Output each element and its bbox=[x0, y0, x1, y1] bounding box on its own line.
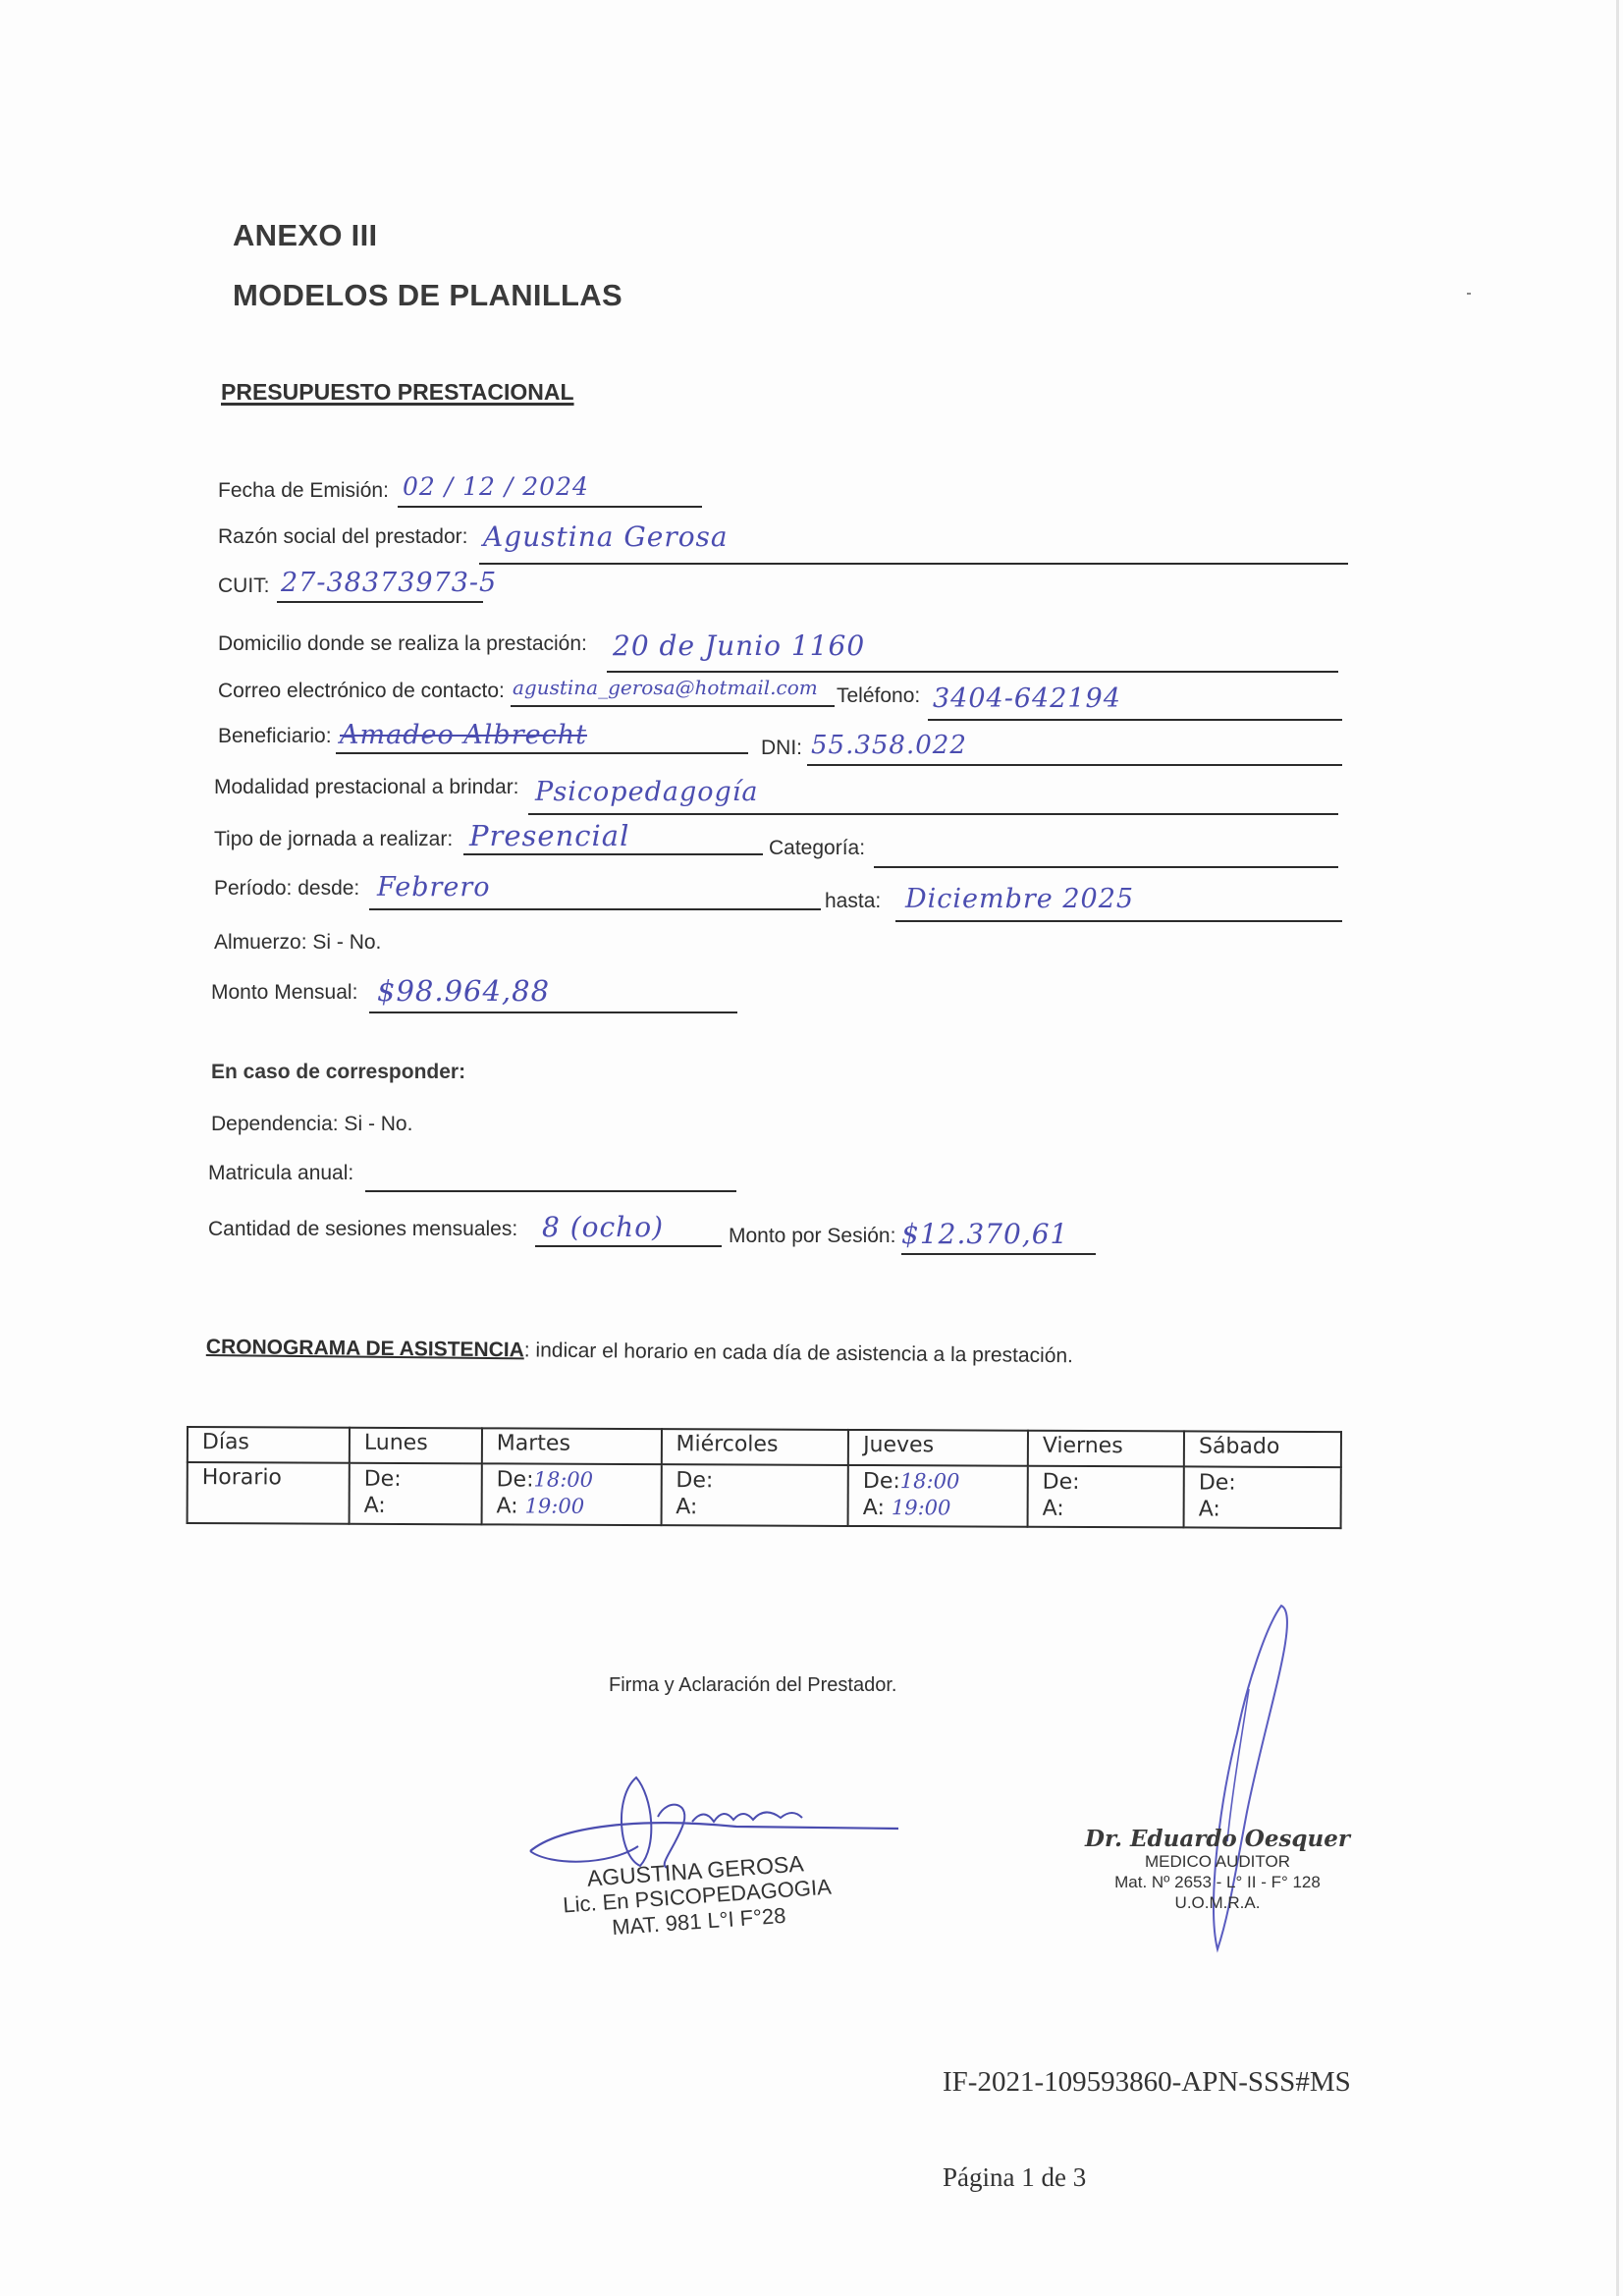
day-martes: Martes bbox=[482, 1428, 662, 1464]
section-title: PRESUPUESTO PRESTACIONAL bbox=[221, 379, 574, 406]
schedule-header-row: Días Lunes Martes Miércoles Jueves Viern… bbox=[188, 1427, 1341, 1467]
scan-speck bbox=[1467, 293, 1471, 295]
de-label: De: bbox=[364, 1467, 402, 1492]
auditor-name: Dr. Eduardo Oesquer bbox=[1070, 1827, 1365, 1852]
auditor-signature-icon bbox=[1188, 1596, 1306, 1969]
day-miercoles: Miércoles bbox=[661, 1429, 848, 1465]
a-value[interactable]: 19:00 bbox=[525, 1495, 585, 1518]
schedule-instruction: : indicar el horario en cada día de asis… bbox=[524, 1339, 1073, 1367]
a-label: A: bbox=[1043, 1497, 1064, 1521]
label-razon-social: Razón social del prestador: bbox=[218, 525, 467, 549]
value-tipo-jornada[interactable]: Presencial bbox=[469, 819, 629, 852]
label-fecha: Fecha de Emisión: bbox=[218, 479, 389, 503]
de-label: De: bbox=[676, 1468, 713, 1493]
de-label: De: bbox=[497, 1467, 534, 1492]
value-monto-sesion[interactable]: $12.370,61 bbox=[901, 1218, 1068, 1250]
schedule-time-row: Horario De:A: De:18:00A: 19:00 De:A: De:… bbox=[188, 1462, 1341, 1528]
time-cell-martes[interactable]: De:18:00A: 19:00 bbox=[481, 1463, 661, 1525]
de-value[interactable]: 18:00 bbox=[900, 1469, 960, 1493]
label-telefono: Teléfono: bbox=[837, 684, 920, 708]
auditor-stamp: Dr. Eduardo Oesquer MEDICO AUDITOR Mat. … bbox=[1070, 1827, 1365, 1913]
time-cell-sabado[interactable]: De:A: bbox=[1184, 1466, 1341, 1528]
time-cell-viernes[interactable]: De:A: bbox=[1028, 1466, 1184, 1528]
de-label: De: bbox=[863, 1469, 900, 1494]
a-label: A: bbox=[364, 1494, 386, 1518]
label-periodo-hasta: hasta: bbox=[825, 890, 881, 913]
time-cell-miercoles[interactable]: De:A: bbox=[661, 1464, 848, 1526]
label-monto-sesion: Monto por Sesión: bbox=[729, 1225, 895, 1248]
value-sesiones[interactable]: 8 (ocho) bbox=[542, 1211, 664, 1243]
label-dependencia[interactable]: Dependencia: Si - No. bbox=[211, 1113, 412, 1136]
document-title: MODELOS DE PLANILLAS bbox=[233, 278, 622, 313]
de-label: De: bbox=[1199, 1470, 1236, 1495]
value-beneficiario[interactable]: Amadeo Albrecht bbox=[340, 720, 587, 750]
day-lunes: Lunes bbox=[350, 1428, 482, 1464]
label-cuit: CUIT: bbox=[218, 574, 270, 598]
day-viernes: Viernes bbox=[1028, 1431, 1184, 1467]
auditor-org: U.O.M.R.A. bbox=[1070, 1893, 1365, 1913]
value-fecha[interactable]: 02 / 12 / 2024 bbox=[403, 472, 589, 501]
signature-caption: Firma y Aclaración del Prestador. bbox=[609, 1674, 896, 1697]
label-beneficiario: Beneficiario: bbox=[218, 725, 332, 748]
value-correo[interactable]: agustina_gerosa@hotmail.com bbox=[513, 676, 818, 699]
label-sesiones: Cantidad de sesiones mensuales: bbox=[208, 1218, 517, 1241]
value-periodo-desde[interactable]: Febrero bbox=[377, 872, 491, 902]
a-label: A: bbox=[1199, 1497, 1220, 1521]
time-cell-jueves[interactable]: De:18:00A: 19:00 bbox=[848, 1465, 1028, 1527]
auditor-mat: Mat. Nº 2653 - L° II - F° 128 bbox=[1070, 1872, 1365, 1893]
value-razon-social[interactable]: Agustina Gerosa bbox=[483, 520, 729, 553]
value-telefono[interactable]: 3404-642194 bbox=[933, 683, 1121, 714]
de-value[interactable]: 18:00 bbox=[533, 1468, 593, 1492]
auditor-role: MEDICO AUDITOR bbox=[1070, 1852, 1365, 1872]
label-categoria: Categoría: bbox=[769, 837, 865, 860]
label-en-caso: En caso de corresponder: bbox=[211, 1061, 465, 1084]
time-cell-lunes[interactable]: De:A: bbox=[350, 1463, 482, 1525]
schedule-heading: CRONOGRAMA DE ASISTENCIA: indicar el hor… bbox=[206, 1336, 1073, 1368]
schedule-title: CRONOGRAMA DE ASISTENCIA bbox=[206, 1336, 524, 1361]
value-cuit[interactable]: 27-38373973-5 bbox=[281, 568, 497, 598]
schedule-row-label: Horario bbox=[188, 1462, 350, 1524]
day-sabado: Sábado bbox=[1184, 1431, 1341, 1467]
de-label: De: bbox=[1043, 1470, 1080, 1495]
a-label: A: bbox=[863, 1496, 885, 1520]
day-jueves: Jueves bbox=[848, 1430, 1028, 1466]
label-dni: DNI: bbox=[761, 737, 802, 760]
schedule-table: Días Lunes Martes Miércoles Jueves Viern… bbox=[187, 1426, 1342, 1529]
annex-title: ANEXO III bbox=[233, 218, 377, 253]
label-correo: Correo electrónico de contacto: bbox=[218, 680, 505, 703]
value-domicilio[interactable]: 20 de Junio 1160 bbox=[613, 629, 865, 662]
label-monto-mensual: Monto Mensual: bbox=[211, 981, 357, 1005]
label-matricula: Matricula anual: bbox=[208, 1162, 353, 1185]
label-periodo-desde: Período: desde: bbox=[214, 877, 359, 901]
value-dni[interactable]: 55.358.022 bbox=[811, 731, 967, 760]
a-label: A: bbox=[496, 1494, 517, 1518]
label-modalidad: Modalidad prestacional a brindar: bbox=[214, 776, 519, 799]
label-domicilio: Domicilio donde se realiza la prestación… bbox=[218, 632, 587, 656]
page-number: Página 1 de 3 bbox=[943, 2162, 1086, 2193]
value-modalidad[interactable]: Psicopedagogía bbox=[535, 777, 759, 807]
schedule-row-head: Días bbox=[188, 1427, 350, 1463]
a-value[interactable]: 19:00 bbox=[892, 1496, 951, 1519]
value-monto-mensual[interactable]: $98.964,88 bbox=[377, 974, 550, 1008]
value-periodo-hasta[interactable]: Diciembre 2025 bbox=[905, 884, 1134, 914]
scan-edge bbox=[1616, 0, 1619, 2296]
label-almuerzo[interactable]: Almuerzo: Si - No. bbox=[214, 931, 381, 955]
document-id: IF-2021-109593860-APN-SSS#MS bbox=[943, 2066, 1351, 2099]
a-label: A: bbox=[676, 1495, 697, 1519]
label-tipo-jornada: Tipo de jornada a realizar: bbox=[214, 828, 453, 851]
